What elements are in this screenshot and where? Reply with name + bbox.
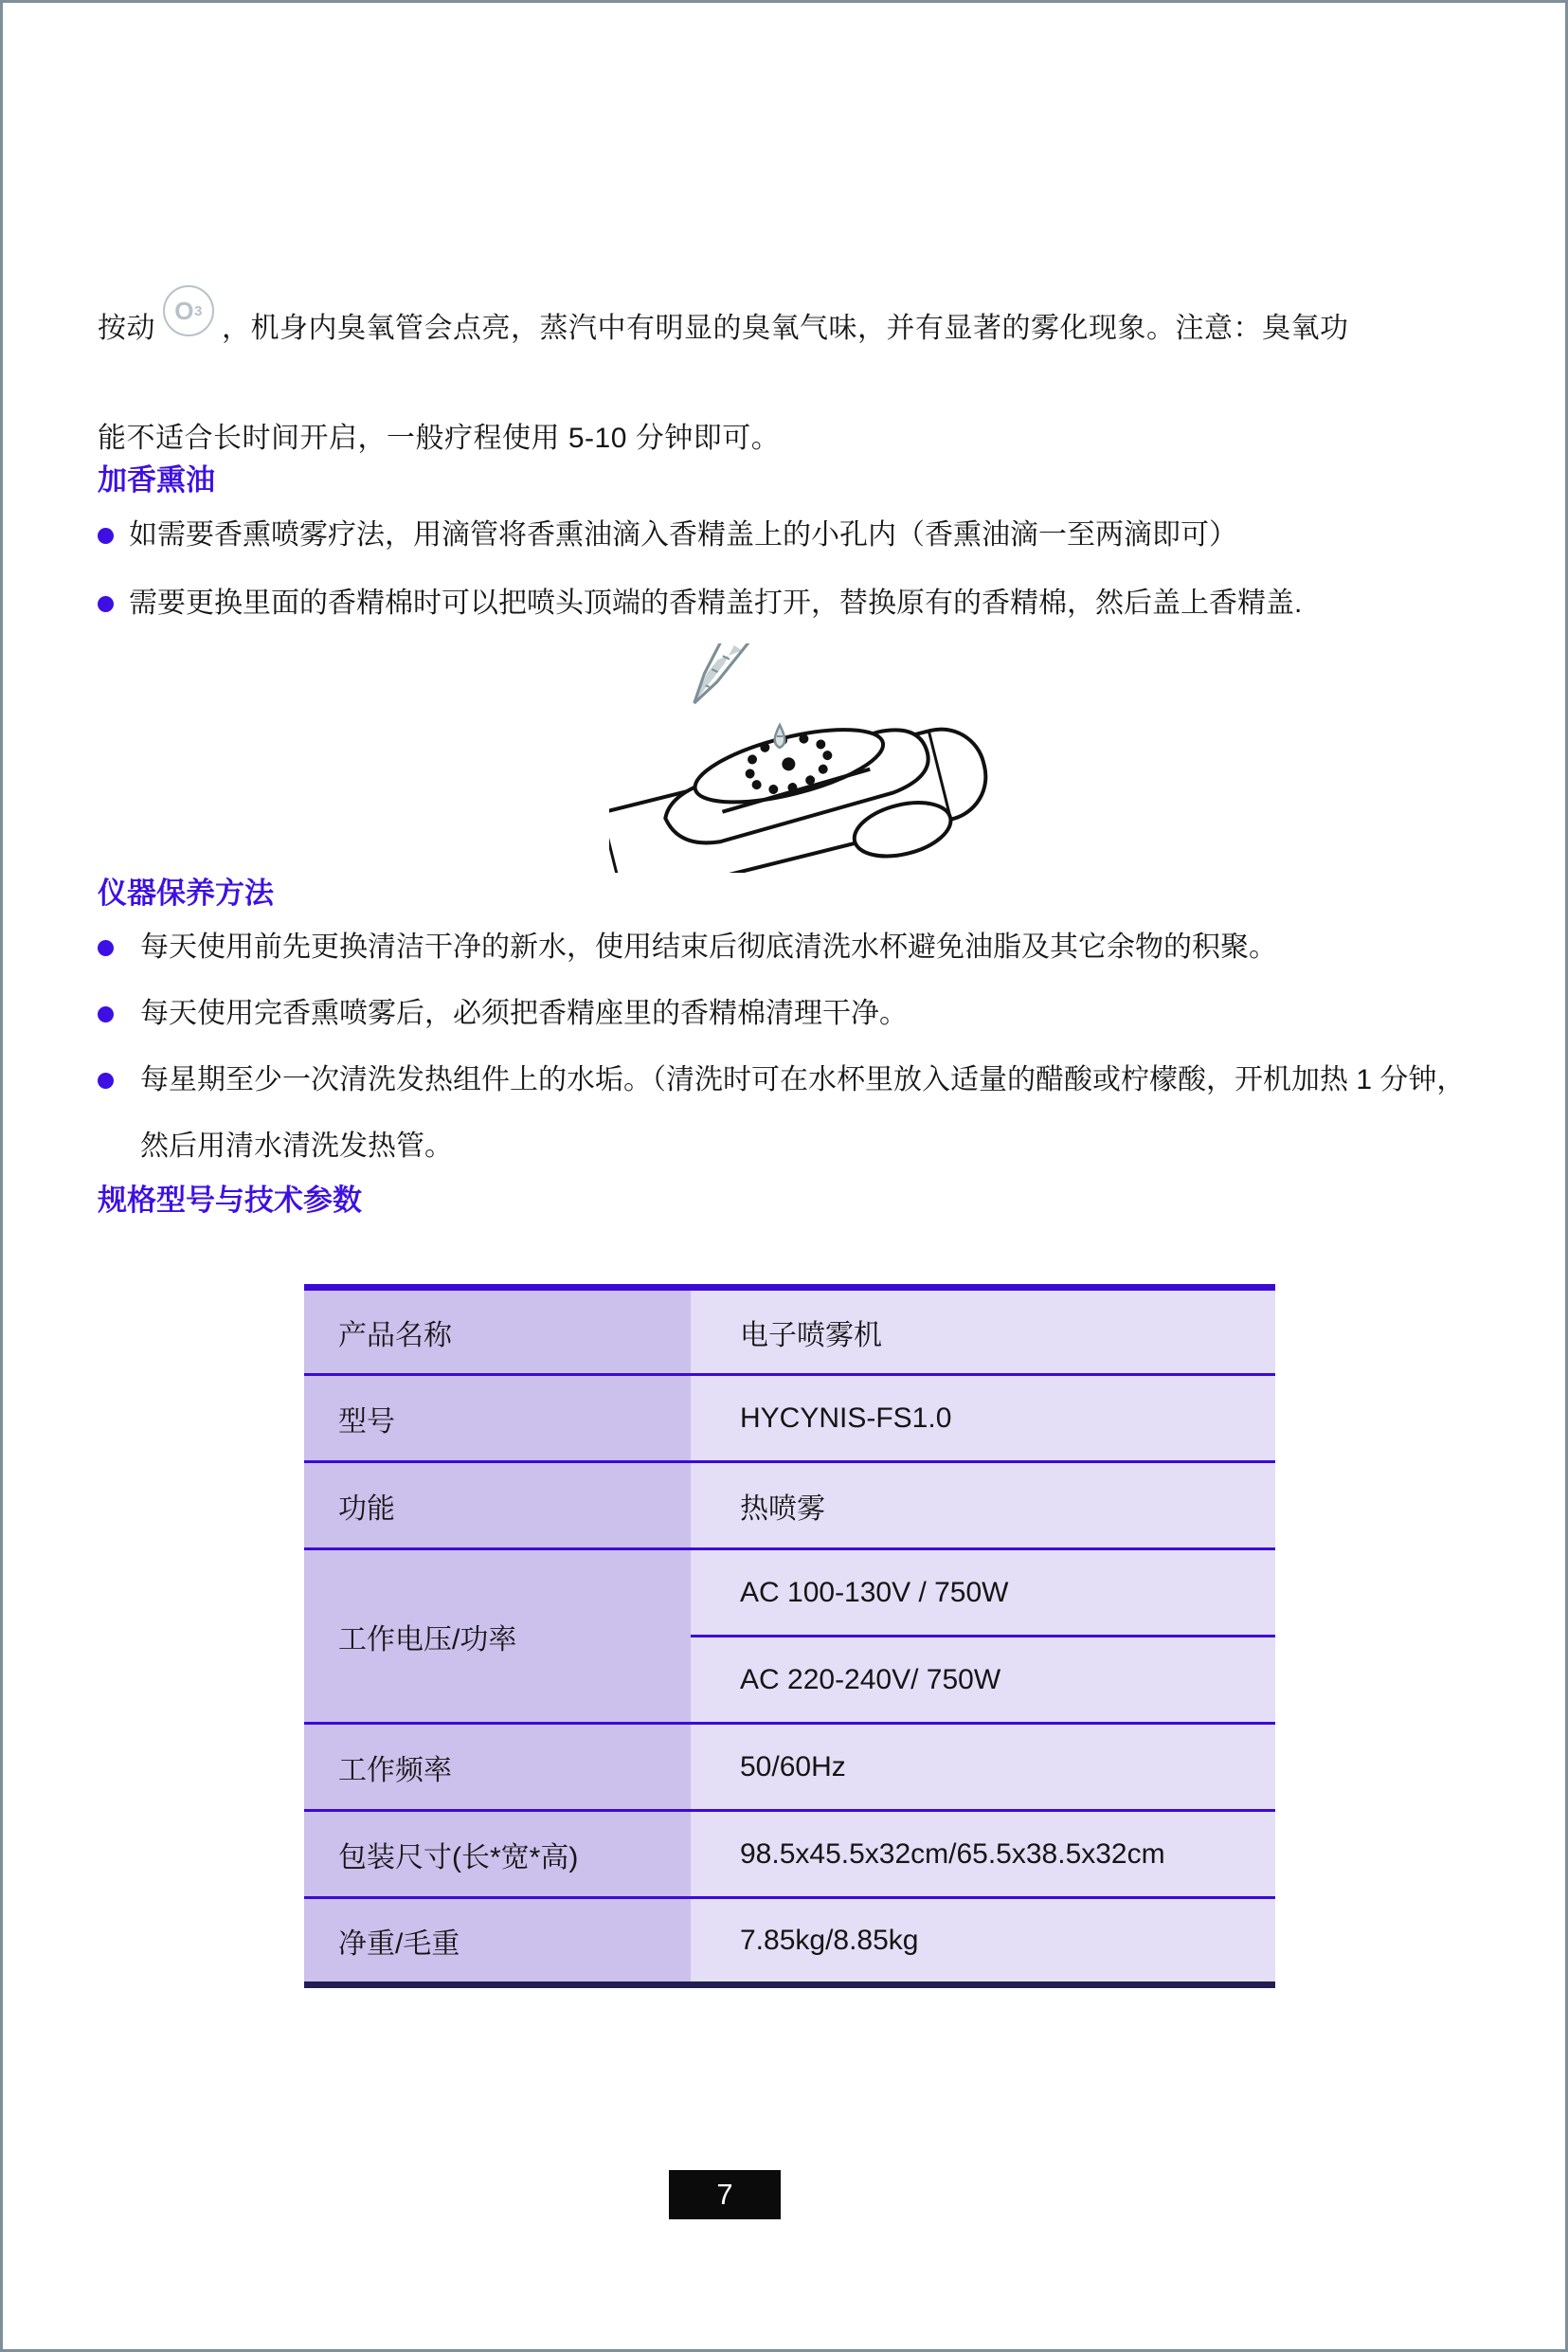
ozone-o-label: O — [174, 290, 194, 332]
spec-label-cell: 包装尺寸(长*宽*高) — [304, 1811, 691, 1898]
section-heading-add-aroma-oil: 加香熏油 — [98, 460, 1470, 501]
spec-value-cell: 热喷雾 — [691, 1462, 1275, 1549]
spec-label-cell: 型号 — [304, 1375, 691, 1462]
intro-prefix: 按动 — [98, 313, 155, 344]
bullet-text: 如需要香熏喷雾疗法，用滴管将香熏油滴入香精盖上的小孔内（香熏油滴一至两滴即可） — [129, 501, 1470, 570]
spec-label-cell: 工作电压/功率 — [304, 1549, 691, 1724]
intro-paragraph: 按动O3，机身内臭氧管会点亮，蒸汽中有明显的臭氧气味，并有显著的雾化现象。注意：… — [98, 304, 1470, 460]
bullet-text: 每星期至少一次清洗发热组件上的水垢。（清洗时可在水杯里放入适量的醋酸或柠檬酸，开… — [140, 1047, 1470, 1180]
aroma-bullet-list: 如需要香熏喷雾疗法，用滴管将香熏油滴入香精盖上的小孔内（香熏油滴一至两滴即可） … — [98, 501, 1470, 638]
spec-table-row: 工作电压/功率AC 100-130V / 750W — [304, 1549, 1275, 1637]
list-item: 需要更换里面的香精棉时可以把喷头顶端的香精盖打开，替换原有的香精棉，然后盖上香精… — [98, 570, 1470, 638]
spec-value-cell: 电子喷雾机 — [691, 1288, 1275, 1375]
spec-value-cell: AC 220-240V/ 750W — [691, 1637, 1275, 1724]
ozone-sub-label: 3 — [194, 304, 203, 318]
section-heading-maintenance: 仪器保养方法 — [98, 873, 1470, 914]
document-page: 按动O3，机身内臭氧管会点亮，蒸汽中有明显的臭氧气味，并有显著的雾化现象。注意：… — [3, 3, 1565, 2349]
spec-label-cell: 工作频率 — [304, 1724, 691, 1811]
intro-line1-text: ，机身内臭氧管会点亮，蒸汽中有明显的臭氧气味，并有显著的雾化现象。注意：臭氧功 — [222, 313, 1349, 344]
oil-dropper-illustration — [609, 643, 988, 873]
section-heading-specifications: 规格型号与技术参数 — [98, 1180, 1470, 1221]
spec-value-cell: 50/60Hz — [691, 1724, 1275, 1811]
spec-table-row: 净重/毛重7.85kg/8.85kg — [304, 1898, 1275, 1985]
ozone-button-icon: O3 — [163, 285, 214, 336]
spec-table: 产品名称电子喷雾机型号HYCYNIS-FS1.0功能热喷雾工作电压/功率AC 1… — [304, 1284, 1275, 1988]
bullet-text: 需要更换里面的香精棉时可以把喷头顶端的香精盖打开，替换原有的香精棉，然后盖上香精… — [129, 570, 1470, 638]
bullet-dot-icon — [98, 940, 114, 956]
bullet-text: 每天使用前先更换清洁干净的新水，使用结束后彻底清洗水杯避免油脂及其它余物的积聚。 — [140, 914, 1470, 981]
list-item: 每天使用完香熏喷雾后，必须把香精座里的香精棉清理干净。 — [98, 981, 1470, 1047]
spec-table-row: 型号HYCYNIS-FS1.0 — [304, 1375, 1275, 1462]
bullet-dot-icon — [98, 1073, 114, 1089]
spec-value-cell: HYCYNIS-FS1.0 — [691, 1375, 1275, 1462]
list-item: 每星期至少一次清洗发热组件上的水垢。（清洗时可在水杯里放入适量的醋酸或柠檬酸，开… — [98, 1047, 1470, 1180]
spec-value-cell: 7.85kg/8.85kg — [691, 1898, 1275, 1985]
page-number-badge: 7 — [669, 2170, 781, 2219]
spec-table-row: 功能热喷雾 — [304, 1462, 1275, 1549]
spec-table-row: 产品名称电子喷雾机 — [304, 1288, 1275, 1375]
spec-value-cell: AC 100-130V / 750W — [691, 1549, 1275, 1637]
spec-table-row: 包装尺寸(长*宽*高)98.5x45.5x32cm/65.5x38.5x32cm — [304, 1811, 1275, 1898]
spec-label-cell: 净重/毛重 — [304, 1898, 691, 1985]
intro-line-1: 按动O3，机身内臭氧管会点亮，蒸汽中有明显的臭氧气味，并有显著的雾化现象。注意：… — [98, 304, 1470, 355]
spec-label-cell: 功能 — [304, 1462, 691, 1549]
device-illustration — [98, 643, 1470, 873]
intro-line-2: 能不适合长时间开启，一般疗程使用 5-10 分钟即可。 — [98, 418, 1470, 460]
bullet-dot-icon — [98, 1006, 114, 1022]
spec-table-row: 工作频率50/60Hz — [304, 1724, 1275, 1811]
bullet-dot-icon — [98, 528, 114, 544]
spec-value-cell: 98.5x45.5x32cm/65.5x38.5x32cm — [691, 1811, 1275, 1898]
spec-label-cell: 产品名称 — [304, 1288, 691, 1375]
bullet-dot-icon — [98, 596, 114, 612]
list-item: 每天使用前先更换清洁干净的新水，使用结束后彻底清洗水杯避免油脂及其它余物的积聚。 — [98, 914, 1470, 981]
maintenance-bullet-list: 每天使用前先更换清洁干净的新水，使用结束后彻底清洗水杯避免油脂及其它余物的积聚。… — [98, 914, 1470, 1180]
list-item: 如需要香熏喷雾疗法，用滴管将香熏油滴入香精盖上的小孔内（香熏油滴一至两滴即可） — [98, 501, 1470, 570]
bullet-text: 每天使用完香熏喷雾后，必须把香精座里的香精棉清理干净。 — [140, 981, 1470, 1047]
